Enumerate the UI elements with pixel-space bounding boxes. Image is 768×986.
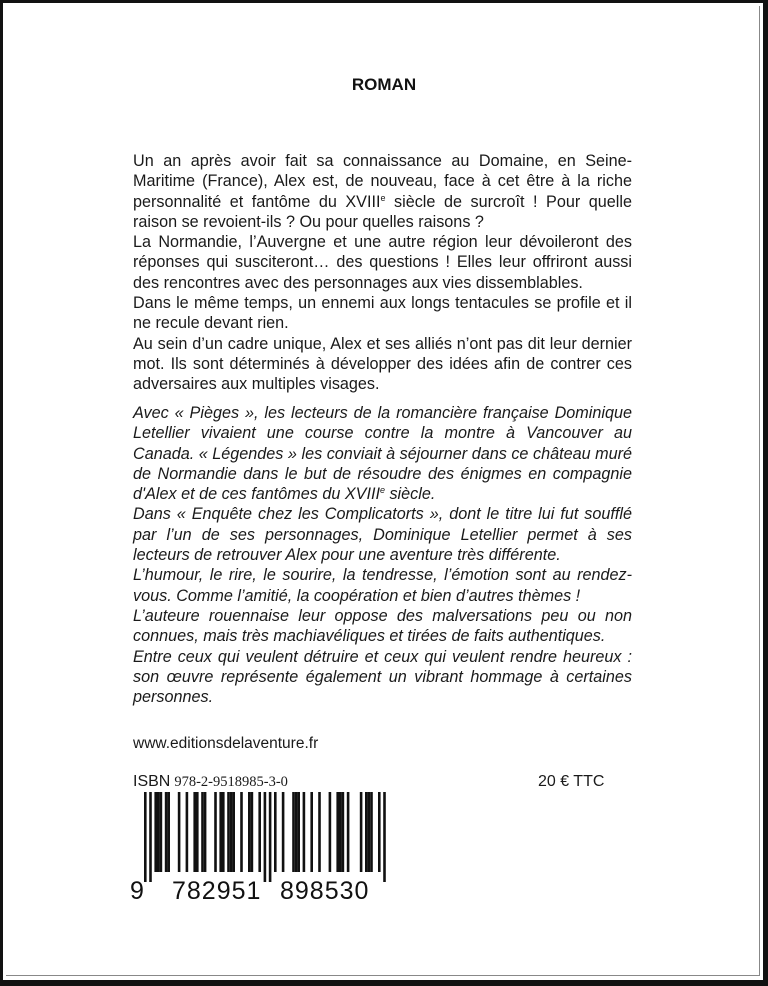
synopsis-text: Un an après avoir fait sa connaissance a…	[133, 151, 632, 395]
ordinal-superscript: e	[380, 485, 385, 495]
paragraph: L’humour, le rire, le sourire, la tendre…	[133, 565, 632, 606]
barcode-left-group: 782951	[172, 877, 261, 906]
genre-title: ROMAN	[0, 75, 768, 95]
paragraph: Avec « Pièges », les lecteurs de la roma…	[133, 403, 632, 504]
paragraph: Entre ceux qui veulent détruire et ceux …	[133, 647, 632, 708]
author-about-text: Avec « Pièges », les lecteurs de la roma…	[133, 403, 632, 707]
paragraph: Dans le même temps, un ennemi aux longs …	[133, 293, 632, 334]
isbn-number: 978-2-9518985-3-0	[174, 774, 288, 790]
isbn-line: ISBN 978-2-9518985-3-0	[133, 773, 288, 791]
publisher-website-link[interactable]: www.editionsdelaventure.fr	[133, 735, 318, 753]
price-label: 20 € TTC	[538, 773, 604, 791]
paragraph: Un an après avoir fait sa connaissance a…	[133, 151, 632, 232]
barcode-first-digit: 9	[130, 877, 145, 906]
isbn-barcode: 9 782951 898530	[128, 792, 388, 907]
barcode-right-group: 898530	[280, 877, 369, 906]
ordinal-superscript: e	[380, 193, 385, 203]
paragraph: L’auteure rouennaise leur oppose des mal…	[133, 606, 632, 647]
paragraph: Au sein d’un cadre unique, Alex et ses a…	[133, 334, 632, 395]
paragraph: Dans « Enquête chez les Complicatorts »,…	[133, 504, 632, 565]
paragraph: La Normandie, l’Auvergne et une autre ré…	[133, 232, 632, 293]
isbn-label: ISBN	[133, 773, 170, 790]
